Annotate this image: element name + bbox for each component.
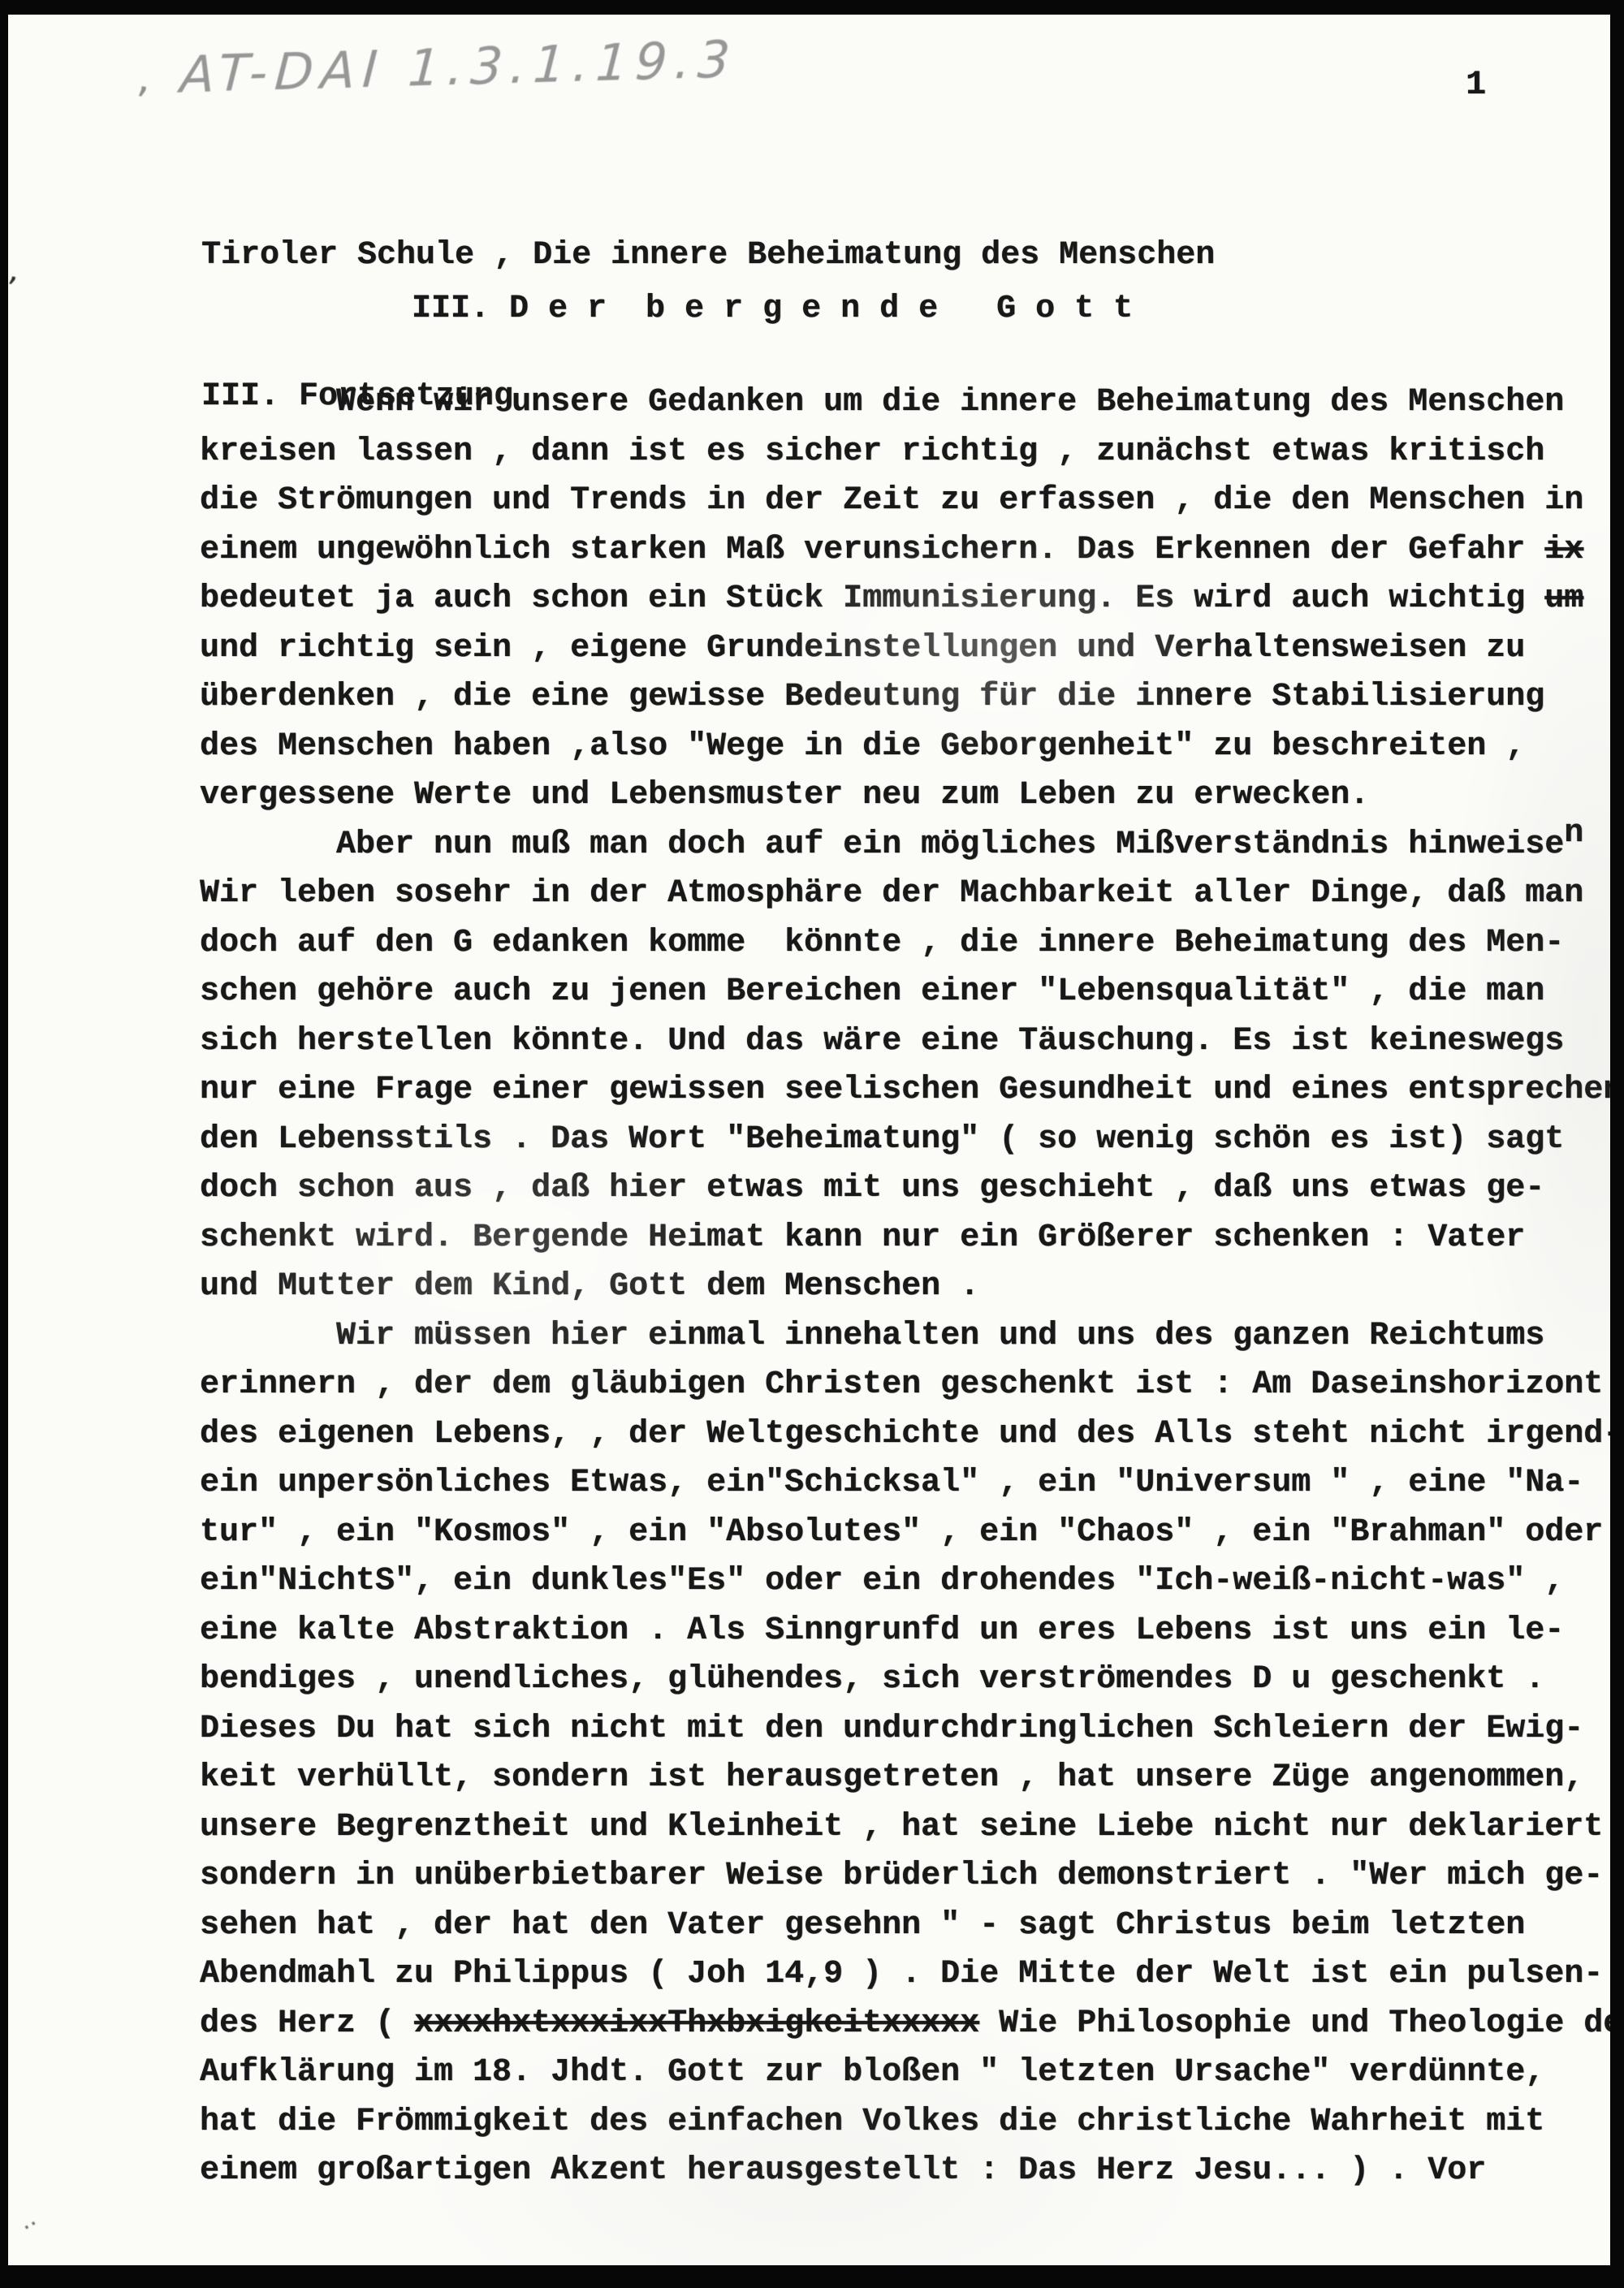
text-line: Wenn wir unsere Gedanken um die innere B…: [200, 378, 1610, 428]
text-segment: kreisen lassen , dann ist es sicher rich…: [200, 434, 1544, 470]
text-line: sehen hat , der hat den Vater gesehnn " …: [200, 1902, 1610, 1951]
text-line: keit verhüllt, sondern ist herausgetrete…: [200, 1754, 1610, 1803]
text-line: sich herstellen könnte. Und das wäre ein…: [200, 1017, 1610, 1067]
text-line: des Herz ( xxxxhxtxxxixxThxbxigkeitxxxxx…: [200, 2000, 1610, 2049]
struck-text: ix: [1544, 532, 1583, 568]
text-line: schen gehöre auch zu jenen Bereichen ein…: [200, 968, 1610, 1017]
text-line: bendiges , unendliches, glühendes, sich …: [200, 1656, 1610, 1705]
text-segment: überdenken , die eine gewisse Bedeutung …: [200, 679, 1544, 715]
text-line: ein"NichtS", ein dunkles"Es" oder ein dr…: [200, 1557, 1610, 1607]
text-line: des Menschen haben ,also "Wege in die Ge…: [200, 723, 1610, 772]
text-segment: ein unpersönliches Etwas, ein"Schicksal"…: [200, 1465, 1583, 1501]
text-segment: hat die Frömmigkeit des einfachen Volkes…: [200, 2104, 1544, 2140]
document-header-line1: Tiroler Schule , Die innere Beheimatung …: [201, 232, 1215, 279]
text-segment: keit verhüllt, sondern ist herausgetrete…: [200, 1759, 1583, 1796]
text-segment: erinnern , der dem gläubigen Christen ge…: [200, 1366, 1603, 1403]
text-segment: des Herz (: [200, 2005, 414, 2042]
text-segment: den Lebensstils . Das Wort "Beheimatung"…: [200, 1121, 1564, 1158]
text-segment: Wir müssen hier einmal innehalten und un…: [200, 1318, 1544, 1354]
text-segment: nur eine Frage einer gewissen seelischen…: [200, 1072, 1610, 1108]
text-line: einem großartigen Akzent herausgestellt …: [200, 2147, 1610, 2196]
text-segment: Wir leben sosehr in der Atmosphäre der M…: [200, 875, 1583, 912]
text-line: doch schon aus , daß hier etwas mit uns …: [200, 1164, 1610, 1214]
text-line: Aufklärung im 18. Jhdt. Gott zur bloßen …: [200, 2048, 1610, 2098]
text-segment: des Menschen haben ,also "Wege in die Ge…: [200, 728, 1525, 765]
text-segment: Aber nun muß man doch auf ein mögliches …: [200, 827, 1564, 863]
text-line: schenkt wird. Bergende Heimat kann nur e…: [200, 1214, 1610, 1263]
text-segment: Aufklärung im 18. Jhdt. Gott zur bloßen …: [200, 2054, 1544, 2091]
handwritten-archive-code: AT-DAI 1.3.1.19.3: [179, 29, 739, 104]
text-line: Aber nun muß man doch auf ein mögliches …: [200, 821, 1610, 870]
text-segment: Abendmahl zu Philippus ( Joh 14,9 ) . Di…: [200, 1956, 1603, 1992]
text-line: und richtig sein , eigene Grundeinstellu…: [200, 624, 1610, 674]
text-segment: doch schon aus , daß hier etwas mit uns …: [200, 1170, 1544, 1207]
text-line: einem ungewöhnlich starken Maß verunsich…: [200, 526, 1610, 576]
paper: AT-DAI 1.3.1.19.3 1 Tiroler Schule , Die…: [8, 15, 1610, 2265]
text-line: erinnern , der dem gläubigen Christen ge…: [200, 1361, 1610, 1410]
pencil-mark: ,: [135, 53, 155, 103]
text-segment: doch auf den G edanken komme könnte , di…: [200, 925, 1564, 961]
text-segment: und Mutter dem Kind, Gott dem Menschen .: [200, 1268, 979, 1305]
paragraph: Wenn wir unsere Gedanken um die innere B…: [200, 378, 1610, 821]
text-segment: die Strömungen und Trends in der Zeit zu…: [200, 482, 1583, 519]
struck-text: xxxxhxtxxxixxThxbxigkeitxxxxx: [414, 2005, 979, 2042]
text-line: Wir müssen hier einmal innehalten und un…: [200, 1312, 1610, 1362]
text-line: unsere Begrenztheit und Kleinheit , hat …: [200, 1803, 1610, 1853]
text-line: nur eine Frage einer gewissen seelischen…: [200, 1066, 1610, 1116]
text-segment: tur" , ein "Kosmos" , ein "Absolutes" , …: [200, 1514, 1603, 1551]
body-text: Wenn wir unsere Gedanken um die innere B…: [200, 378, 1610, 2196]
text-line: bedeutet ja auch schon ein Stück Immunis…: [200, 575, 1610, 624]
paragraph: Aber nun muß man doch auf ein mögliches …: [200, 821, 1610, 1312]
section-title: III. D e r b e r g e n d e G o t t: [412, 291, 1133, 327]
text-line: ein unpersönliches Etwas, ein"Schicksal"…: [200, 1459, 1610, 1509]
text-segment: unsere Begrenztheit und Kleinheit , hat …: [200, 1809, 1603, 1846]
page-number: 1: [1466, 65, 1487, 104]
text-line: tur" , ein "Kosmos" , ein "Absolutes" , …: [200, 1509, 1610, 1558]
text-segment: ein"NichtS", ein dunkles"Es" oder ein dr…: [200, 1563, 1564, 1599]
text-line: Abendmahl zu Philippus ( Joh 14,9 ) . Di…: [200, 1950, 1610, 2000]
paragraph: Wir müssen hier einmal innehalten und un…: [200, 1312, 1610, 2196]
text-line: vergessene Werte und Lebensmuster neu zu…: [200, 771, 1610, 821]
text-line: Wir leben sosehr in der Atmosphäre der M…: [200, 870, 1610, 919]
text-segment: schenkt wird. Bergende Heimat kann nur e…: [200, 1220, 1525, 1256]
text-line: überdenken , die eine gewisse Bedeutung …: [200, 673, 1610, 723]
text-line: eine kalte Abstraktion . Als Sinngrunfd …: [200, 1607, 1610, 1656]
text-segment: einem großartigen Akzent herausgestellt …: [200, 2152, 1486, 2189]
text-segment: sondern in unüberbietbarer Weise brüderl…: [200, 1858, 1603, 1894]
text-line: hat die Frömmigkeit des einfachen Volkes…: [200, 2098, 1610, 2148]
text-segment: Wie Philosophie und Theologie der: [979, 2005, 1610, 2042]
text-segment: vergessene Werte und Lebensmuster neu zu…: [200, 777, 1369, 814]
text-segment: Wenn wir unsere Gedanken um die innere B…: [200, 384, 1564, 421]
text-line: die Strömungen und Trends in der Zeit zu…: [200, 477, 1610, 526]
struck-text: um: [1544, 581, 1583, 617]
ink-speck: ‚: [8, 251, 24, 290]
text-line: doch auf den G edanken komme könnte , di…: [200, 919, 1610, 969]
text-segment: n: [1564, 815, 1583, 852]
text-segment: bendiges , unendliches, glühendes, sich …: [200, 1661, 1544, 1698]
text-line: kreisen lassen , dann ist es sicher rich…: [200, 428, 1610, 477]
text-segment: bedeutet ja auch schon ein Stück Immunis…: [200, 581, 1544, 617]
text-line: sondern in unüberbietbarer Weise brüderl…: [200, 1852, 1610, 1902]
text-line: Dieses Du hat sich nicht mit den undurch…: [200, 1705, 1610, 1755]
text-segment: Dieses Du hat sich nicht mit den undurch…: [200, 1711, 1583, 1747]
text-segment: schen gehöre auch zu jenen Bereichen ein…: [200, 973, 1544, 1010]
text-line: des eigenen Lebens, , der Weltgeschichte…: [200, 1410, 1610, 1460]
text-segment: und richtig sein , eigene Grundeinstellu…: [200, 630, 1525, 667]
text-line: den Lebensstils . Das Wort "Beheimatung"…: [200, 1116, 1610, 1165]
text-line: und Mutter dem Kind, Gott dem Menschen .: [200, 1263, 1610, 1312]
text-segment: sich herstellen könnte. Und das wäre ein…: [200, 1023, 1564, 1060]
pencil-scuff: ··: [17, 2210, 45, 2243]
text-segment: eine kalte Abstraktion . Als Sinngrunfd …: [200, 1612, 1564, 1649]
text-segment: des eigenen Lebens, , der Weltgeschichte…: [200, 1416, 1610, 1453]
text-segment: einem ungewöhnlich starken Maß verunsich…: [200, 532, 1544, 568]
text-segment: sehen hat , der hat den Vater gesehnn " …: [200, 1907, 1525, 1944]
